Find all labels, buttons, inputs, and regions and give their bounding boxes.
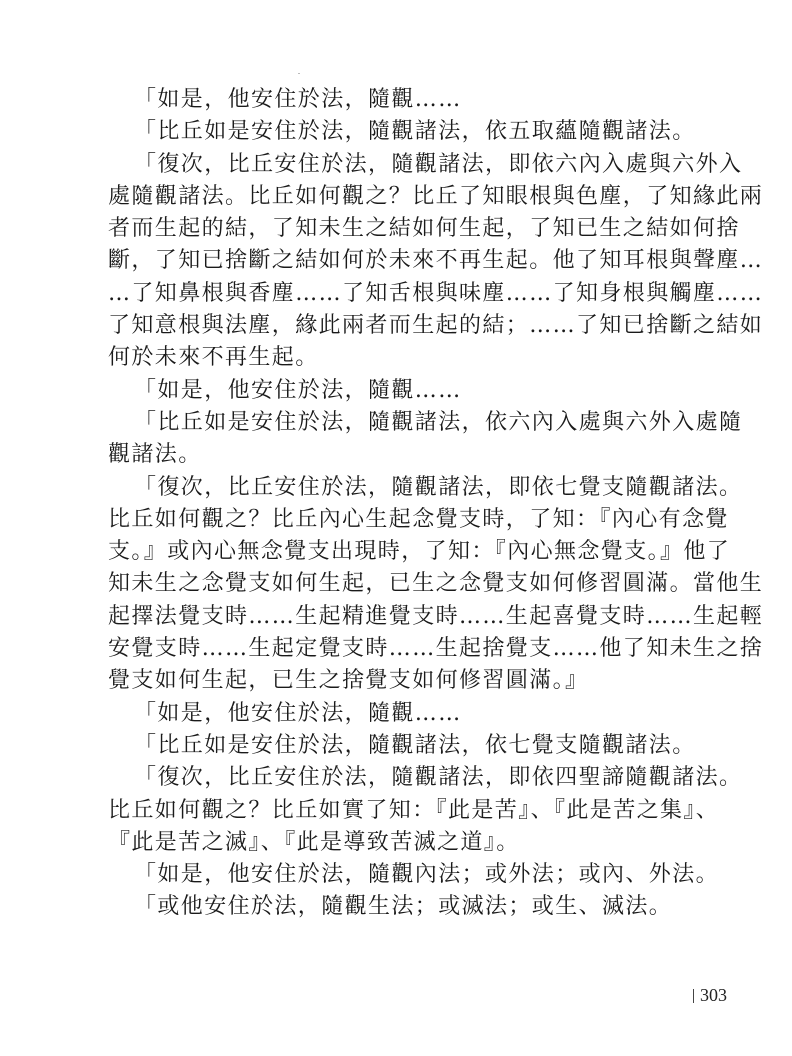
text-line: 覺支如何生起，已生之捨覺支如何修習圓滿。』 [108, 665, 696, 697]
text-line: 了知意根與法塵，緣此兩者而生起的結；……了知已捨斷之結如 [108, 310, 696, 342]
scan-speck [298, 73, 300, 74]
text-line: 斷，了知已捨斷之結如何於未來不再生起。他了知耳根與聲塵… [108, 245, 696, 277]
page-number: 303 [700, 985, 727, 1006]
text-line: 觀諸法。 [108, 439, 696, 471]
text-line: …了知鼻根與香塵……了知舌根與味塵……了知身根與觸塵…… [108, 278, 696, 310]
text-line: 處隨觀諸法。比丘如何觀之？比丘了知眼根與色塵，了知緣此兩 [108, 181, 696, 213]
text-line: 起擇法覺支時……生起精進覺支時……生起喜覺支時……生起輕 [108, 601, 696, 633]
text-line: 知未生之念覺支如何生起，已生之念覺支如何修習圓滿。當他生 [108, 568, 696, 600]
text-line: 「復次，比丘安住於法，隨觀諸法，即依四聖諦隨觀諸法。 [108, 762, 696, 794]
text-line: 比丘如何觀之？比丘如實了知：『此是苦』、『此是苦之集』、 [108, 795, 696, 827]
text-line: 「如是，他安住於法，隨觀內法；或外法；或內、外法。 [108, 859, 696, 891]
text-line: 「如是，他安住於法，隨觀…… [108, 698, 696, 730]
text-line: 何於未來不再生起。 [108, 342, 696, 374]
text-line: 「比丘如是安住於法，隨觀諸法，依五取蘊隨觀諸法。 [108, 116, 696, 148]
text-line: 「比丘如是安住於法，隨觀諸法，依七覺支隨觀諸法。 [108, 730, 696, 762]
text-line: 安覺支時……生起定覺支時……生起捨覺支……他了知未生之捨 [108, 633, 696, 665]
text-line: 比丘如何觀之？比丘內心生起念覺支時，了知：『內心有念覺 [108, 504, 696, 536]
text-line: 「復次，比丘安住於法，隨觀諸法，即依七覺支隨觀諸法。 [108, 472, 696, 504]
page-number-footer: 303 [693, 985, 727, 1006]
folio-divider [693, 989, 694, 1003]
text-line: 者而生起的結，了知未生之結如何生起，了知已生之結如何捨 [108, 213, 696, 245]
text-line: 「如是，他安住於法，隨觀…… [108, 84, 696, 116]
text-line: 『此是苦之滅』、『此是導致苦滅之道』。 [108, 827, 696, 859]
text-block: 「如是，他安住於法，隨觀…… 「比丘如是安住於法，隨觀諸法，依五取蘊隨觀諸法。 … [108, 84, 696, 924]
text-line: 「復次，比丘安住於法，隨觀諸法，即依六內入處與六外入 [108, 149, 696, 181]
text-line: 「如是，他安住於法，隨觀…… [108, 375, 696, 407]
page-body: 「如是，他安住於法，隨觀…… 「比丘如是安住於法，隨觀諸法，依五取蘊隨觀諸法。 … [108, 84, 696, 924]
text-line: 「比丘如是安住於法，隨觀諸法，依六內入處與六外入處隨 [108, 407, 696, 439]
text-line: 支。』或內心無念覺支出現時，了知：『內心無念覺支。』他了 [108, 536, 696, 568]
text-line: 「或他安住於法，隨觀生法；或滅法；或生、滅法。 [108, 891, 696, 923]
